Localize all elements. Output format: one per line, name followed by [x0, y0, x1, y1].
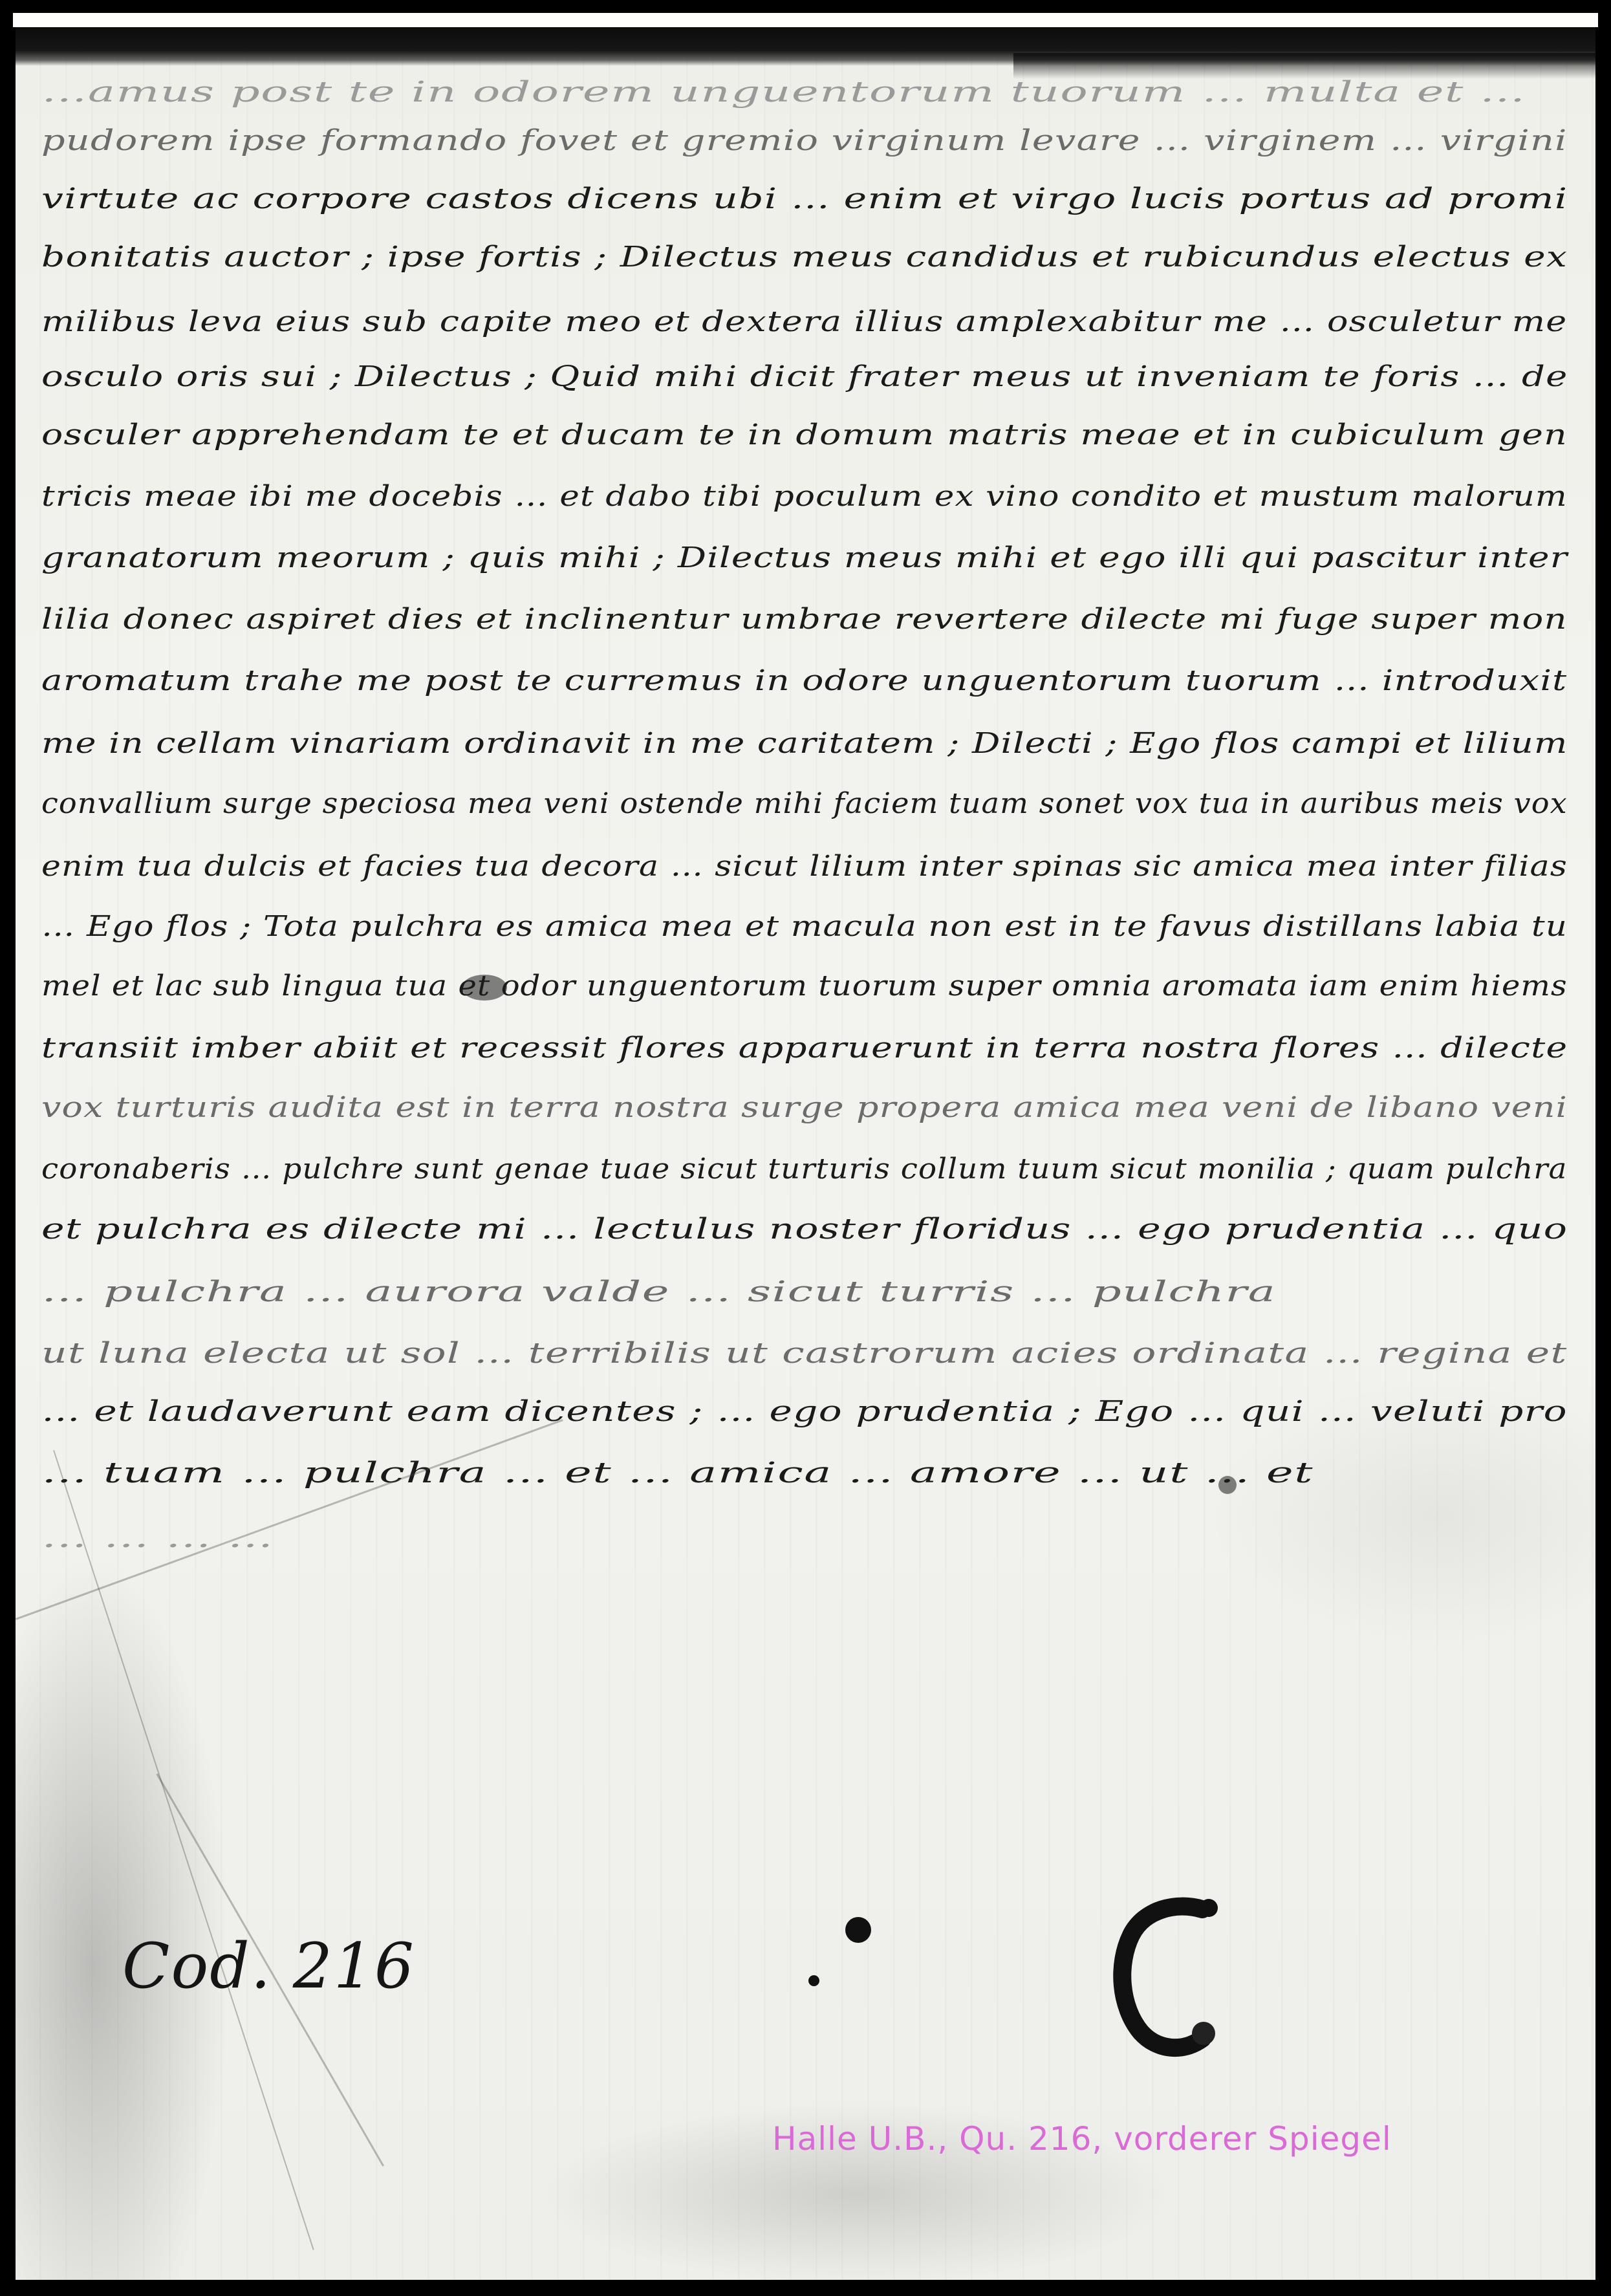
manuscript-line: enim tua dulcis et facies tua decora … s… — [41, 850, 1568, 883]
ink-stain — [462, 975, 507, 1001]
ink-dot — [845, 1917, 871, 1943]
ink-stain — [1218, 1476, 1237, 1494]
manuscript-line: coronaberis … pulchre sunt genae tuae si… — [41, 1153, 1567, 1186]
manuscript-line: milibus leva eius sub capite meo et dext… — [41, 305, 1567, 338]
manuscript-line: lilia donec aspiret dies et inclinentur … — [41, 603, 1568, 636]
photo-frame: …amus post te in odorem unguentorum tuor… — [13, 13, 1598, 2280]
manuscript-line: et pulchra es dilecte mi … lectulus nost… — [41, 1213, 1568, 1246]
manuscript-line: ut luna electa ut sol … terribilis ut ca… — [41, 1337, 1568, 1370]
manuscript-line: … Ego flos ; Tota pulchra es amica mea e… — [41, 910, 1568, 943]
manuscript-line: tricis meae ibi me docebis … et dabo tib… — [41, 480, 1568, 513]
manuscript-line: … tuam … pulchra … et … amica … amore … … — [41, 1457, 1314, 1489]
manuscript-line: … pulchra … aurora valde … sicut turris … — [41, 1275, 1276, 1308]
decorated-initial-c — [1105, 1883, 1235, 2064]
crease-line — [16, 1419, 563, 1620]
crease-line — [53, 1450, 314, 2250]
manuscript-line: mel et lac sub lingua tua et odor unguen… — [41, 969, 1568, 1002]
manuscript-line: transiit imber abiit et recessit flores … — [41, 1032, 1568, 1065]
shelfmark-cod-216: Cod. 216 — [122, 1930, 415, 2002]
manuscript-line: pudorem ipse formando fovet et gremio vi… — [41, 124, 1568, 157]
manuscript-line: convallium surge speciosa mea veni osten… — [41, 787, 1568, 820]
manuscript-line: osculo oris sui ; Dilectus ; Quid mihi d… — [41, 360, 1568, 393]
manuscript-line: aromatum trahe me post te curremus in od… — [41, 664, 1567, 697]
manuscript-line: vox turturis audita est in terra nostra … — [41, 1091, 1568, 1124]
manuscript-line: granatorum meorum ; quis mihi ; Dilectus… — [41, 541, 1568, 574]
parchment-page: …amus post te in odorem unguentorum tuor… — [16, 27, 1595, 2280]
manuscript-line: virtute ac corpore castos dicens ubi … e… — [41, 182, 1568, 215]
darkened-top-edge-right — [1013, 53, 1595, 79]
manuscript-line: bonitatis auctor ; ipse fortis ; Dilectu… — [41, 241, 1568, 274]
photo-border-strip — [13, 13, 1598, 27]
manuscript-line: osculer apprehendam te et ducam te in do… — [41, 418, 1568, 451]
manuscript-line: …amus post te in odorem unguentorum tuor… — [41, 76, 1526, 109]
manuscript-line: … et laudaverunt eam dicentes ; … ego pr… — [41, 1395, 1568, 1428]
manuscript-line: me in cellam vinariam ordinavit in me ca… — [41, 727, 1568, 760]
library-annotation: Halle U.B., Qu. 216, vorderer Spiegel — [772, 2120, 1392, 2158]
ink-dot — [808, 1975, 819, 1986]
